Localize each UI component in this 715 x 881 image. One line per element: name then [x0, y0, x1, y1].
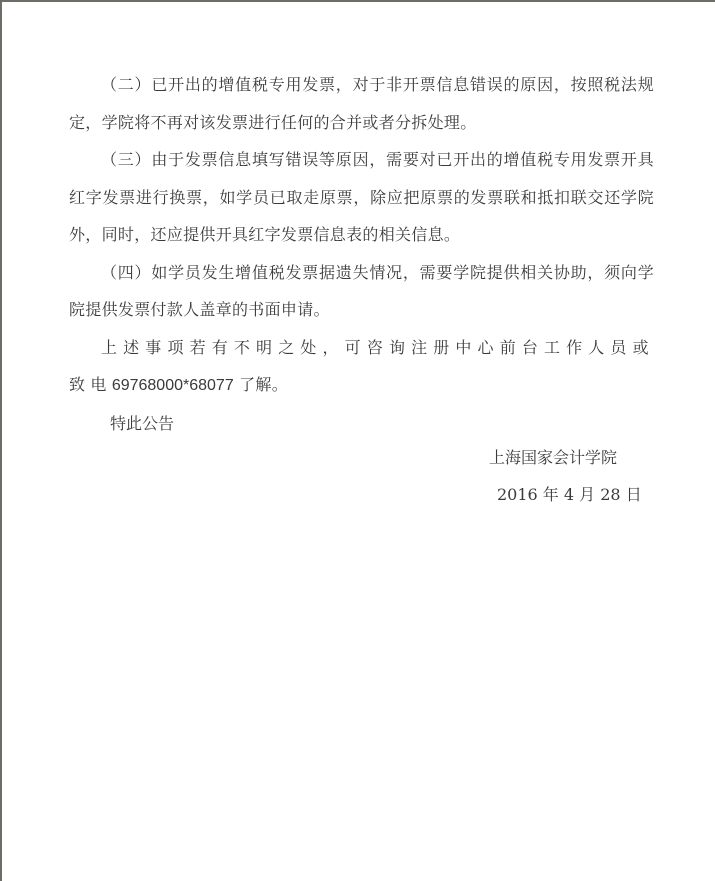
closing-statement: 特此公告	[69, 405, 654, 443]
paragraph-item-2: （二）已开出的增值税专用发票，对于非开票信息错误的原因，按照税法规定，学院将不再…	[69, 66, 654, 141]
document-body: （二）已开出的增值税专用发票，对于非开票信息错误的原因，按照税法规定，学院将不再…	[69, 66, 654, 442]
paragraph-item-4: （四）如学员发生增值税发票据遗失情况，需要学院提供相关协助，须向学院提供发票付款…	[69, 254, 654, 329]
signature-date: 2016 年 4 月 28 日	[497, 476, 697, 514]
paragraph-item-3: （三）由于发票信息填写错误等原因，需要对已开出的增值税专用发票开具红字发票进行换…	[69, 141, 654, 254]
paragraph-contact: 上述事项若有不明之处，可咨询注册中心前台工作人员或致电69768000*6807…	[69, 329, 654, 405]
contact-text-end: 了解。	[234, 375, 288, 394]
document-page: （二）已开出的增值税专用发票，对于非开票信息错误的原因，按照税法规定，学院将不再…	[0, 0, 715, 881]
signature-organization: 上海国家会计学院	[489, 439, 689, 477]
contact-phone-number: 69768000*68077	[112, 377, 234, 394]
